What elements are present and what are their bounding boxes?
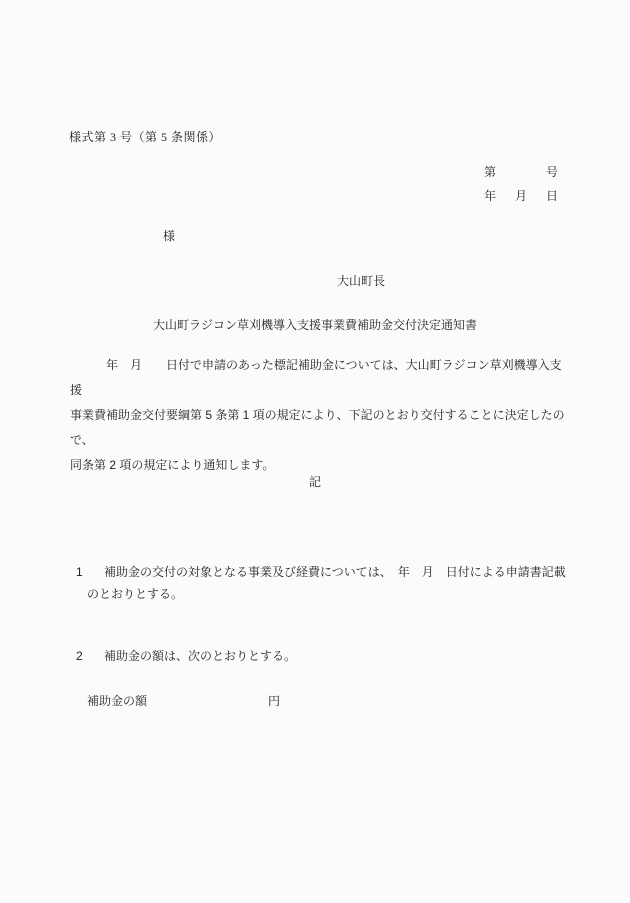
item-1-line-2: のとおりとする。 xyxy=(76,583,570,605)
item-1-line-1: 1 補助金の交付の対象となる事業及び経費については、 年 月 日付による申請書記… xyxy=(76,561,570,583)
item-2-line-1: 2 補助金の額は、次のとおりとする。 xyxy=(76,645,570,667)
item-1-text: 補助金の交付の対象となる事業及び経費については、 年 月 日付による申請書記載 xyxy=(104,561,566,583)
date-line: 年 月 日 xyxy=(484,189,558,204)
amount-line: 補助金の額 円 xyxy=(0,694,630,716)
item-2-text: 補助金の額は、次のとおりとする。 xyxy=(104,645,296,667)
body-paragraph: 年 月 日付で申請のあった標記補助金については、大山町ラジコン草刈機導入支援 事… xyxy=(70,353,570,478)
amount-label: 補助金の額 xyxy=(87,694,147,709)
doc-number-suffix: 号 xyxy=(546,165,558,180)
document-page: 様式第 3 号（第 5 条関係） 第 号 年 月 日 様 大山町長 大山町ラジコ… xyxy=(0,0,630,903)
item-2: 2 補助金の額は、次のとおりとする。 xyxy=(76,645,570,667)
body-line-2: 事業費補助金交付要綱第 5 条第 1 項の規定により、下記のとおり交付することに… xyxy=(70,403,570,453)
date-year-label: 年 xyxy=(484,189,496,204)
date-day-label: 日 xyxy=(546,189,558,204)
addressee-honorific: 様 xyxy=(163,229,175,244)
document-title: 大山町ラジコン草刈機導入支援事業費補助金交付決定通知書 xyxy=(0,318,630,333)
date-month-label: 月 xyxy=(515,189,527,204)
form-number-line: 様式第 3 号（第 5 条関係） xyxy=(69,130,221,145)
amount-unit-label: 円 xyxy=(268,694,280,709)
item-1-number: 1 xyxy=(76,561,104,583)
record-marker: 記 xyxy=(0,475,630,490)
doc-number-prefix: 第 xyxy=(484,165,496,180)
doc-number-line: 第 号 xyxy=(484,165,558,180)
item-2-number: 2 xyxy=(76,645,104,667)
body-line-1: 年 月 日付で申請のあった標記補助金については、大山町ラジコン草刈機導入支援 xyxy=(70,353,570,403)
sender-title: 大山町長 xyxy=(337,274,385,289)
item-1: 1 補助金の交付の対象となる事業及び経費については、 年 月 日付による申請書記… xyxy=(76,561,570,605)
